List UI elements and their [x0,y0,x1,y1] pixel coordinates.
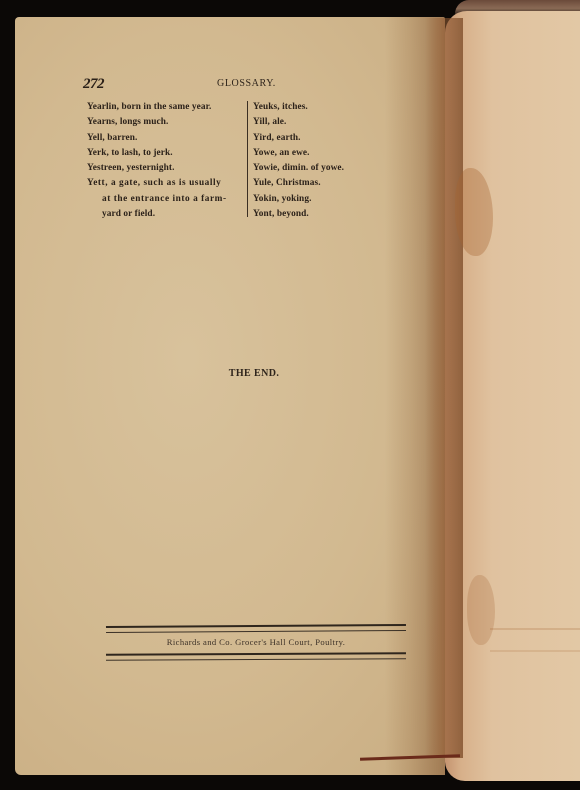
gutter-shadow [425,18,463,758]
glossary-left-column: Yearlin, born in the same year. Yearns, … [87,100,247,222]
glossary-entry: Yule, Christmas. [253,176,383,191]
right-page [445,11,580,781]
imprint-rule-top [106,624,406,633]
imprint-rule-bottom [106,652,406,661]
glossary-entry: Yearlin, born in the same year. [87,100,247,115]
imprint-text: Richards and Co. Grocer's Hall Court, Po… [106,637,406,647]
running-head: GLOSSARY. [217,78,276,89]
glossary-entry: Yestreen, yesternight. [87,161,247,176]
glossary-entry: Yell, barren. [87,131,247,146]
glossary-entry: Yokin, yoking. [253,192,383,207]
printer-imprint: Richards and Co. Grocer's Hall Court, Po… [106,625,406,661]
the-end-heading: THE END. [0,368,508,379]
tide-mark [490,628,580,652]
glossary-entry: Yowie, dimin. of yowe. [253,161,383,176]
glossary-entry: Yont, beyond. [253,207,383,222]
glossary-right-column: Yeuks, itches. Yill, ale. Yird, earth. Y… [253,100,383,222]
glossary-entry: Yearns, longs much. [87,115,247,130]
glossary-entry-continued: at the entrance into a farm- [87,192,247,207]
column-divider [247,101,248,217]
glossary-entry: Yird, earth. [253,131,383,146]
glossary-entry: Yowe, an ewe. [253,146,383,161]
glossary-entry: Yerk, to lash, to jerk. [87,146,247,161]
page-number: 272 [83,76,104,93]
page-header: 272 GLOSSARY. [83,76,378,96]
glossary-entry: Yeuks, itches. [253,100,383,115]
glossary-entry-continued: yard or field. [87,207,247,222]
glossary-entry: Yett, a gate, such as is usually [87,176,247,191]
glossary-entry: Yill, ale. [253,115,383,130]
